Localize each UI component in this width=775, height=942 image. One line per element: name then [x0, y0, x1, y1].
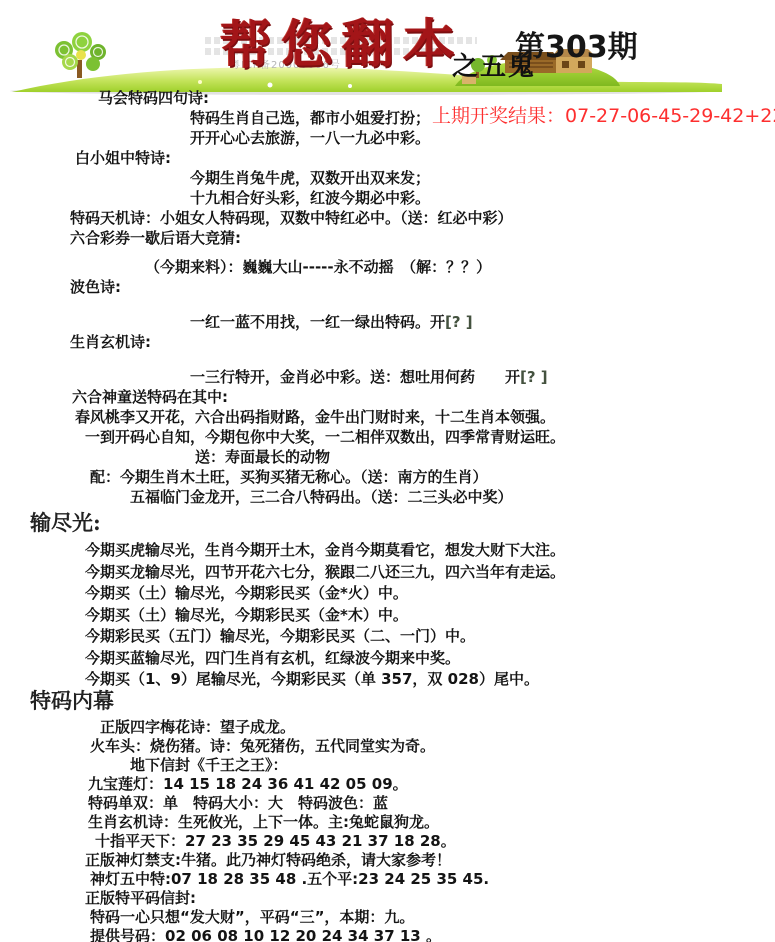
poem-text: 一三行特开，金肖必中彩。送：想吐用何药 开: [190, 368, 520, 386]
page-title: 帮您翻本: [220, 1, 465, 78]
danshuang-line: 特码单双：单 特码大小：大 特码波色：蓝: [88, 794, 775, 813]
shujinguang-section: 输尽光: 今期买虎输尽光，生肖今期开土木，金肖今期莫看它，想发大财下大注。 今期…: [0, 510, 775, 691]
shendeng-wuzhongte-line: 神灯五中特:07 18 28 35 48 .五个平:23 24 25 35 45…: [90, 870, 775, 889]
question-mark: [? ]: [445, 313, 473, 331]
poem-text: 一红一蓝不用找，一红一绿出特码。开: [190, 313, 445, 331]
shujinguang-line: 今期买蓝输尽光，四门生肖有玄机，红绿波今期来中奖。: [85, 648, 775, 670]
baixiaojie-poem-label: 白小姐中特诗:: [75, 148, 775, 168]
shendeng-jinzhi-line: 正版神灯禁支:牛猪。此乃神灯特码绝杀，请大家参考！: [85, 851, 775, 870]
tepingma-label: 正版特平码信封:: [85, 889, 775, 908]
mahui-poem-label: 马会特码四句诗:: [98, 88, 775, 108]
issue-number: 第303期: [515, 22, 638, 66]
poem-line: 一到开码心自知，今期包你中大奖，一二相伴双数出，四季常青财运旺。: [85, 427, 775, 447]
poem-line: 春风桃李又开花，六合出码指财路，金牛出门财时来，十二生肖本领强。: [75, 407, 775, 427]
tianji-poem-line: 特码天机诗：小姐女人特码现，双数中特红必中。（送：红必中彩）: [70, 208, 775, 228]
bose-poem-label: 波色诗:: [70, 277, 775, 297]
tree-icon: [55, 32, 106, 78]
shujinguang-line: 今期买虎输尽光，生肖今期开土木，金肖今期莫看它，想发大财下大注。: [85, 540, 775, 562]
neimu-section: 特码内幕 正版四字梅花诗：望子成龙。 火车头：烧伤猪。诗：兔死猪伤，五代同堂实为…: [0, 688, 775, 942]
xiehouyu-line: （今期来料）：巍巍大山-----永不动摇 （解：？？）: [145, 257, 775, 277]
poem-line: 特码生肖自己选，都市小姐爱打扮；: [190, 108, 775, 128]
shujinguang-heading: 输尽光:: [30, 510, 775, 536]
gift-line: 送：寿面最长的动物: [195, 447, 775, 467]
jiubaoliandeng-line: 九宝莲灯：14 15 18 24 36 41 42 05 09。: [88, 775, 775, 794]
poem-line: 开开心心去旅游，一八一九必中彩。: [190, 128, 775, 148]
shujinguang-line: 今期买龙输尽光，四节开花六七分，猴跟二八还三九，四六当年有走运。: [85, 562, 775, 584]
meihua-poem-line: 正版四字梅花诗：望子成龙。: [100, 718, 775, 737]
shujinguang-line: 今期买（土）输尽光，今期彩民买（金*木）中。: [85, 605, 775, 627]
shizhi-line: 十指平天下：27 23 35 29 45 43 21 37 18 28。: [95, 832, 775, 851]
huochetou-line: 火车头：烧伤猪。诗：兔死猪伤，五代同堂实为奇。: [90, 737, 775, 756]
shengxiao-poem-label: 生肖玄机诗:: [70, 332, 775, 352]
tip-sheet-page: 粤ICP备20000006号 帮您翻本 之五鬼 第303期 上期开奖结果：07-…: [0, 0, 775, 942]
poems-section: 马会特码四句诗: 特码生肖自己选，都市小姐爱打扮； 开开心心去旅游，一八一九必中…: [0, 88, 775, 507]
shentong-label: 六合神童送特码在其中:: [72, 387, 775, 407]
haoma-line: 提供号码：02 06 08 10 12 20 24 34 37 13 。: [90, 927, 775, 942]
xiehouyu-label: 六合彩券一歇后语大竞猜:: [70, 228, 775, 248]
shujinguang-line: 今期彩民买（五门）输尽光，今期彩民买（二、一门）中。: [85, 626, 775, 648]
bose-poem-line: 一红一蓝不用找，一红一绿出特码。开[? ]: [190, 312, 775, 332]
shujinguang-line: 今期买（土）输尽光，今期彩民买（金*火）中。: [85, 583, 775, 605]
xinfeng-label: 地下信封《千王之王》：: [130, 756, 775, 775]
hill-dot: [198, 80, 202, 84]
question-mark: [? ]: [520, 368, 548, 386]
shengxiao-poem-line: 一三行特开，金肖必中彩。送：想吐用何药 开[? ]: [190, 367, 775, 387]
hill-dot: [268, 83, 273, 88]
pei-line: 配：今期生肖木土旺，买狗买猪无称心。（送：南方的生肖）: [90, 467, 775, 487]
page-header: 粤ICP备20000006号 帮您翻本 之五鬼 第303期: [0, 0, 775, 100]
poem-line: 今期生肖兔牛虎，双数开出双来发；: [190, 168, 775, 188]
tepingma-line: 特码一心只想“发大财”，平码“三”，本期：九。: [90, 908, 775, 927]
neimu-heading: 特码内幕: [30, 688, 775, 714]
poem-line: 五福临门金龙开，三二合八特码出。（送：二三头必中奖）: [130, 487, 775, 507]
poem-line: 十九相合好头彩，红波今期必中彩。: [190, 188, 775, 208]
xuanji-line: 生肖玄机诗：生死攸光，上下一体。主:兔蛇鼠狗龙。: [88, 813, 775, 832]
